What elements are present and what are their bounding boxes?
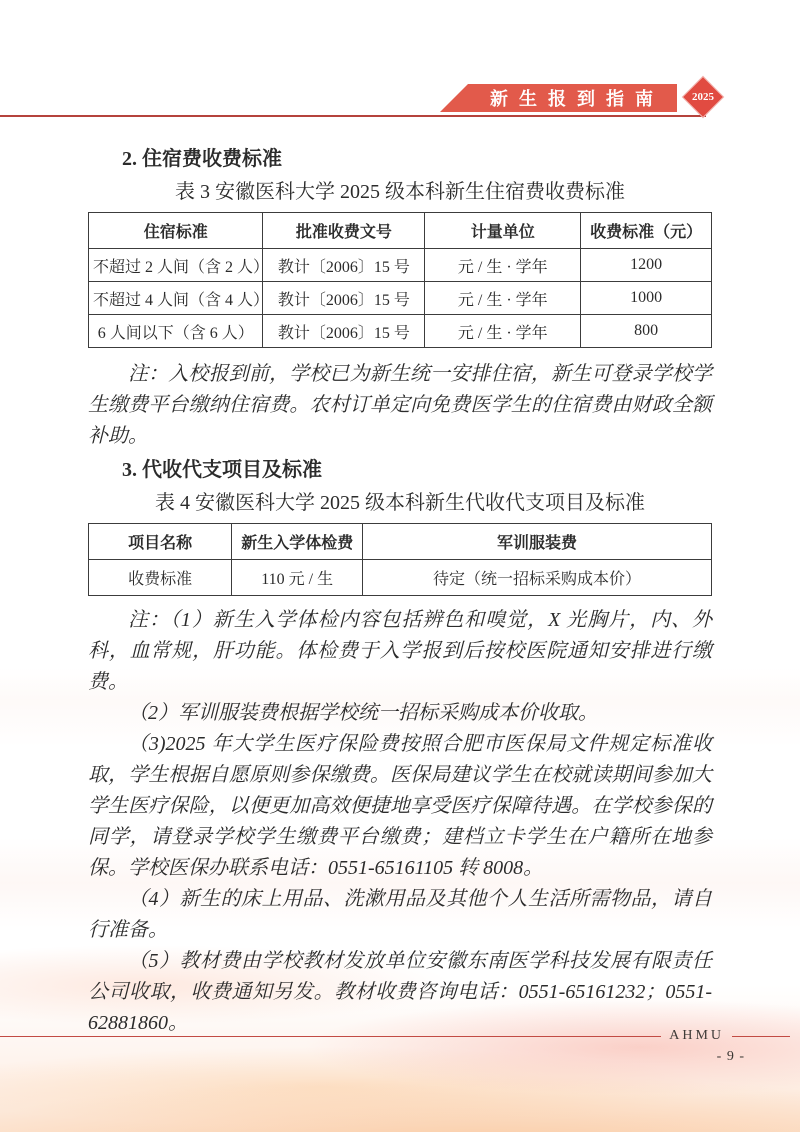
diamond-shape: 2025 [682, 76, 724, 118]
accommodation-note: 注：入校报到前，学校已为新生统一安排住宿，新生可登录学校学生缴费平台缴纳住宿费。… [88, 359, 712, 452]
table3-caption: 表 3 安徽医科大学 2025 级本科新生住宿费收费标准 [88, 179, 712, 205]
section-heading-accommodation: 2. 住宿费收费标准 [88, 146, 712, 172]
page-footer: AHMU - 9 - [0, 1028, 800, 1065]
table3-cell: 元 / 生 · 学年 [425, 282, 581, 315]
table3-header-cell: 住宿标准 [89, 213, 263, 249]
year-badge-label: 2025 [692, 91, 714, 103]
table4-header-cell: 项目名称 [89, 524, 232, 560]
table3-cell: 教计〔2006〕15 号 [263, 315, 425, 348]
table3-cell: 800 [581, 315, 712, 348]
table3-cell: 教计〔2006〕15 号 [263, 282, 425, 315]
banner-title: 新生报到指南 [479, 85, 664, 111]
table4-header-cell: 新生入学体检费 [232, 524, 363, 560]
table4-header-row: 项目名称 新生入学体检费 军训服装费 [89, 524, 712, 560]
section-heading-collection: 3. 代收代支项目及标准 [88, 457, 712, 483]
footer-brand: AHMU [669, 1028, 724, 1044]
table3-header-cell: 计量单位 [425, 213, 581, 249]
table-row: 不超过 2 人间（含 2 人） 教计〔2006〕15 号 元 / 生 · 学年 … [89, 249, 712, 282]
table3-cell: 元 / 生 · 学年 [425, 249, 581, 282]
page-header: 新生报到指南 2025 [0, 0, 800, 130]
table3-cell: 1000 [581, 282, 712, 315]
table-row: 收费标准 110 元 / 生 待定（统一招标采购成本价） [89, 560, 712, 596]
document-page: 新生报到指南 2025 2. 住宿费收费标准 表 3 安徽医科大学 2025 级… [0, 0, 800, 1132]
header-rule [0, 115, 706, 117]
footer-rule: AHMU [0, 1028, 800, 1044]
table3-cell: 1200 [581, 249, 712, 282]
table3-cell: 元 / 生 · 学年 [425, 315, 581, 348]
year-badge: 2025 [681, 75, 725, 119]
table-row: 不超过 4 人间（含 4 人） 教计〔2006〕15 号 元 / 生 · 学年 … [89, 282, 712, 315]
notes-block: 注：（1）新生入学体检内容包括辨色和嗅觉，X 光胸片，内、外科，血常规，肝功能。… [88, 605, 712, 1039]
table3-header-cell: 收费标准（元） [581, 213, 712, 249]
table4-header-cell: 军训服装费 [363, 524, 712, 560]
footer-rule-right [732, 1036, 790, 1037]
page-content: 2. 住宿费收费标准 表 3 安徽医科大学 2025 级本科新生住宿费收费标准 … [0, 146, 800, 1039]
table3-cell: 6 人间以下（含 6 人） [89, 315, 263, 348]
note-paragraph-3: （3)2025 年大学生医疗保险费按照合肥市医保局文件规定标准收取，学生根据自愿… [88, 729, 712, 884]
page-number: - 9 - [0, 1049, 800, 1065]
table-row: 6 人间以下（含 6 人） 教计〔2006〕15 号 元 / 生 · 学年 80… [89, 315, 712, 348]
note-paragraph-2: （2）军训服装费根据学校统一招标采购成本价收取。 [88, 698, 712, 729]
table4-cell: 110 元 / 生 [232, 560, 363, 596]
note-paragraph-4: （4）新生的床上用品、洗漱用品及其他个人生活所需物品，请自行准备。 [88, 884, 712, 946]
table3-cell: 教计〔2006〕15 号 [263, 249, 425, 282]
table4-cell: 收费标准 [89, 560, 232, 596]
table4-caption: 表 4 安徽医科大学 2025 级本科新生代收代支项目及标准 [88, 490, 712, 516]
note-paragraph-5: （5）教材费由学校教材发放单位安徽东南医学科技发展有限责任公司收取，收费通知另发… [88, 946, 712, 1039]
table3-header-row: 住宿标准 批准收费文号 计量单位 收费标准（元） [89, 213, 712, 249]
table4-cell: 待定（统一招标采购成本价） [363, 560, 712, 596]
note-paragraph-1: 注：（1）新生入学体检内容包括辨色和嗅觉，X 光胸片，内、外科，血常规，肝功能。… [88, 605, 712, 698]
collection-fee-table: 项目名称 新生入学体检费 军训服装费 收费标准 110 元 / 生 待定（统一招… [88, 523, 712, 596]
table3-cell: 不超过 4 人间（含 4 人） [89, 282, 263, 315]
table3-cell: 不超过 2 人间（含 2 人） [89, 249, 263, 282]
accommodation-fee-table: 住宿标准 批准收费文号 计量单位 收费标准（元） 不超过 2 人间（含 2 人）… [88, 212, 712, 348]
header-banner: 新生报到指南 [440, 84, 677, 112]
table3-header-cell: 批准收费文号 [263, 213, 425, 249]
footer-rule-left [0, 1036, 661, 1037]
